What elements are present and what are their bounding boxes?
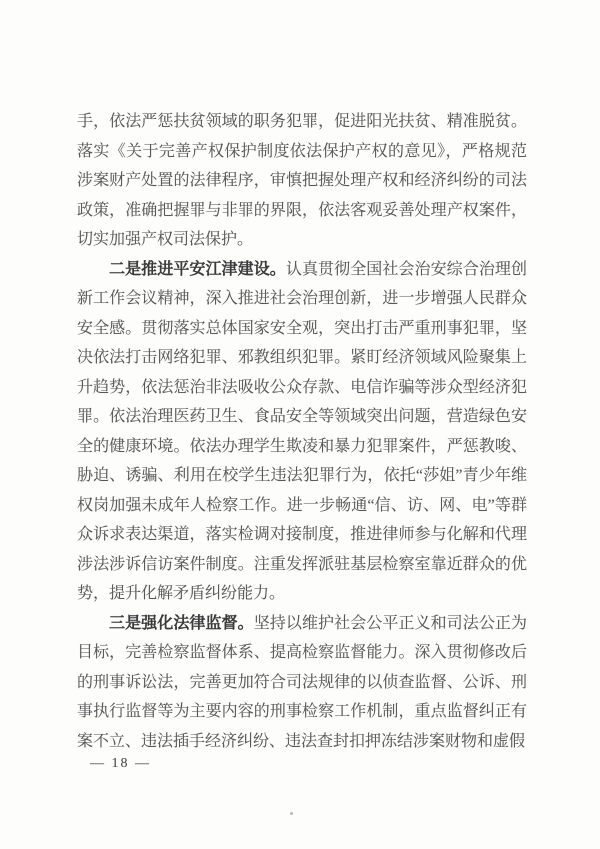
paragraph: 手，依法严惩扶贫领域的职务犯罪，促进阳光扶贫、精准脱贫。落实《关于完善产权保护制… [77,107,527,255]
paragraph: 三是强化法律监督。坚持以维护社会公平正义和司法公正为目标，完善检察监督体系、提高… [77,609,527,757]
document-page: 手，依法严惩扶贫领域的职务犯罪，促进阳光扶贫、精准脱贫。落实《关于完善产权保护制… [0,0,600,849]
paragraph-text: 认真贯彻全国社会治安综合治理创新工作会议精神，深入推进社会治理创新，进一步增强人… [77,261,527,603]
text-block: 手，依法严惩扶贫领域的职务犯罪，促进阳光扶贫、精准脱贫。落实《关于完善产权保护制… [77,107,527,756]
paragraph-bold-lead: 三是强化法律监督。 [109,615,254,632]
paragraph-text: 坚持以维护社会公平正义和司法公正为目标，完善检察监督体系、提高检察监督能力。深入… [77,615,527,750]
paragraph-bold-lead: 二是推进平安江津建设。 [109,261,286,278]
paragraph-text: 手，依法严惩扶贫领域的职务犯罪，促进阳光扶贫、精准脱贫。落实《关于完善产权保护制… [77,113,527,248]
paragraph: 二是推进平安江津建设。认真贯彻全国社会治安综合治理创新工作会议精神，深入推进社会… [77,255,527,609]
scan-artifact [290,812,293,815]
page-number: — 18 — [90,756,151,772]
